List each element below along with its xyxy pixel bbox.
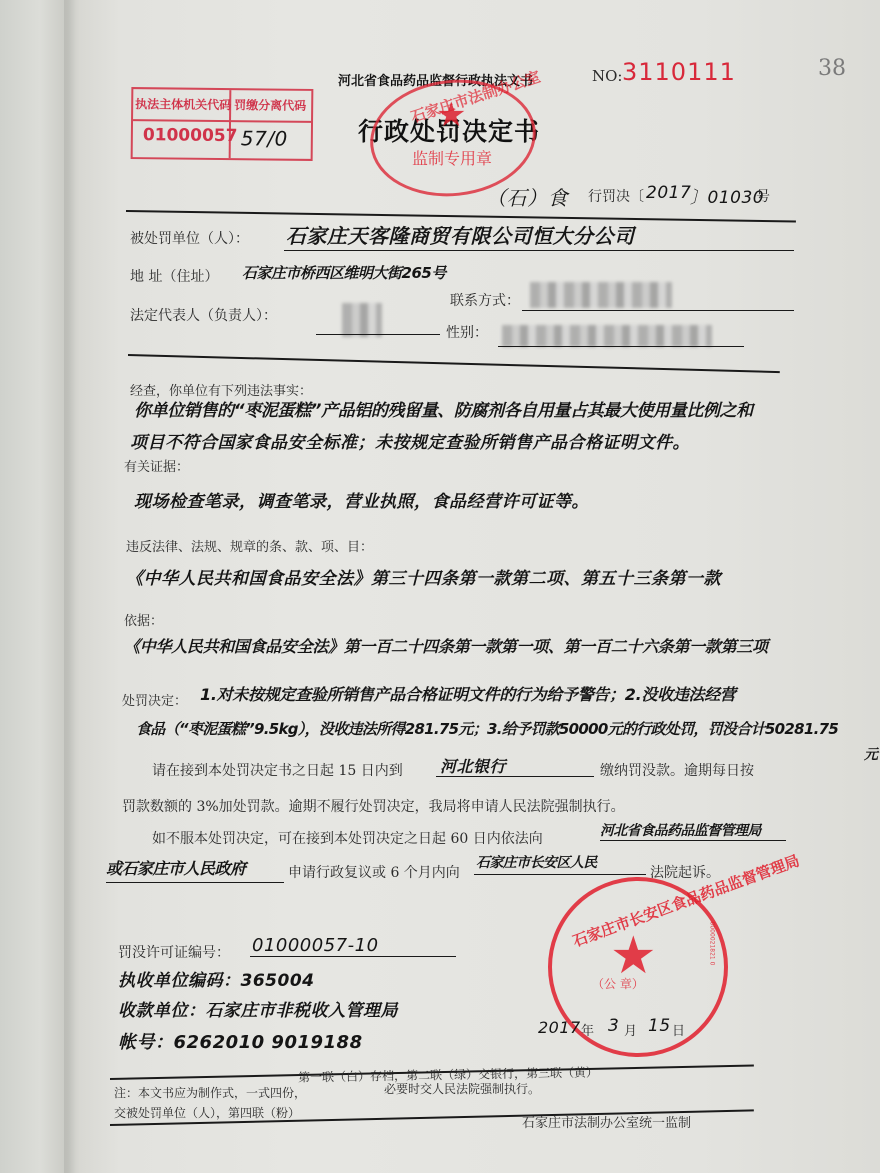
contact-label: 联系方式： [450,290,520,310]
payment-bank: 河北银行 [440,754,506,777]
appeal-court-underline [474,874,646,875]
code-header-left: 执法主体机关代码 [135,95,231,113]
facts-line-1: 你单位销售的“枣泥蛋糕”产品铝的残留量、防腐剂各自用量占其最大使用量比例之和 [134,396,753,421]
footer-note-line-2: 必要时交人民法院强制执行。 [384,1080,540,1097]
code-box: 执法主体机关代码 罚缴分离代码 01000057 57/0 [131,87,314,161]
payment-bank-underline [436,776,594,777]
violated-value: 《中华人民共和国食品安全法》第三十四条第一款第二项、第五十三条第一款 [126,564,721,589]
footer-note-line: 注：本文书应为制作式，一式四份， [114,1084,306,1101]
appeal-gov: 或石家庄市人民政府 [106,856,246,879]
violated-label: 违反法律、法规、规章的条、款、项、目： [126,536,373,555]
doc-number-value: 〕01030 [690,183,764,208]
appeal-gov-underline [106,882,284,883]
gender-underline [498,346,744,347]
footer-supervisor: 石家庄市法制办公室统一监制 [522,1112,691,1131]
code-value-right: 57/0 [241,126,288,150]
appeal-agency: 河北省食品药品监督管理局 [600,820,761,840]
license-underline [250,956,456,957]
official-seal-serial: 0000021821 0 [708,922,715,966]
footer-copies-line-2: 交被处罚单位（人），第四联（粉） [114,1104,300,1121]
address-value: 石家庄市桥西区维明大街265号 [242,262,446,283]
doc-number-prefix: （石）食 [486,182,568,211]
doc-number-label: 行罚决〔 [588,186,644,206]
rep-label: 法定代表人（负责人）： [130,305,277,325]
appeal-text-1: 如不服本处罚决定，可在接到本处罚决定之日起 60 日内依法向 [152,828,543,848]
divider-mid [128,354,780,373]
date-year: 2017 [538,1018,581,1037]
star-icon: ★ [436,98,466,132]
rep-value-redacted [342,303,382,337]
date-month: 3 [608,1016,619,1036]
appeal-court: 石家庄市长安区人民 [476,852,597,872]
party-name-underline [284,250,794,251]
code-header-right: 罚缴分离代码 [234,96,306,114]
license-value: 01000057-10 [252,935,379,956]
date-day: 15 [648,1016,671,1036]
binding-shadow [64,0,76,1173]
basis-label: 依据： [124,610,163,629]
doc-number-year: 2017 [646,183,691,203]
receiver-unit: 收款单位：石家庄市非税收入管理局 [118,996,398,1021]
appeal-agency-underline [600,840,786,841]
decision-label: 处罚决定： [122,690,187,709]
doc-number-suffix: 号 [756,186,770,206]
date-month-label: 月 [624,1020,637,1039]
date-day-label: 日 [672,1020,685,1039]
decision-line-2: 食品（“枣泥蛋糕”9.5kg），没收违法所得281.75元；3.给予罚款5000… [136,718,838,739]
contact-value-redacted [530,282,672,308]
rep-underline [316,334,440,335]
evidence-value: 现场检查笔录，调查笔录，营业执照，食品经营许可证等。 [134,487,589,512]
supervision-stamp-center-text: 监制专用章 [412,146,492,169]
payment-text-2: 缴纳罚没款。逾期每日按 [600,760,754,780]
basis-value: 《中华人民共和国食品安全法》第一百二十四条第一款第一项、第一百二十六条第一款第三… [124,634,768,657]
serial-number: 3110111 [622,58,736,86]
appeal-text-2: 申请行政复议或 6 个月内向 [288,862,460,882]
evidence-label: 有关证据： [124,456,189,475]
unit-code: 执收单位编码：365004 [118,966,314,991]
account-number: 帐号：6262010 9019188 [118,1028,363,1054]
address-label: 地 址（住址） [130,266,218,286]
decision-line-2-end: 元 [864,744,879,764]
party-name-value: 石家庄天客隆商贸有限公司恒大分公司 [286,220,635,249]
decision-line-1: 1.对未按规定查验所销售产品合格证明文件的行为给予警告；2.没收违法经营 [200,682,736,705]
facts-line-2: 项目不符合国家食品安全标准；未按规定查验所销售产品合格证明文件。 [130,428,690,453]
contact-underline [522,310,794,311]
license-label: 罚没许可证编号： [118,942,230,962]
page-number: 38 [818,56,846,81]
gender-label: 性别： [446,322,488,342]
date-year-label: 年 [581,1020,594,1039]
gender-value-redacted [502,325,712,347]
official-seal-center-text: （公 章） [592,975,644,992]
payment-text-3: 罚款数额的 3%加处罚款。逾期不履行处罚决定，我局将申请人民法院强制执行。 [122,796,625,816]
serial-prefix: NO: [592,67,622,85]
party-name-label: 被处罚单位（人）： [130,228,249,248]
code-value-left: 01000057 [143,125,238,146]
payment-text-1: 请在接到本处罚决定书之日起 15 日内到 [152,760,403,780]
